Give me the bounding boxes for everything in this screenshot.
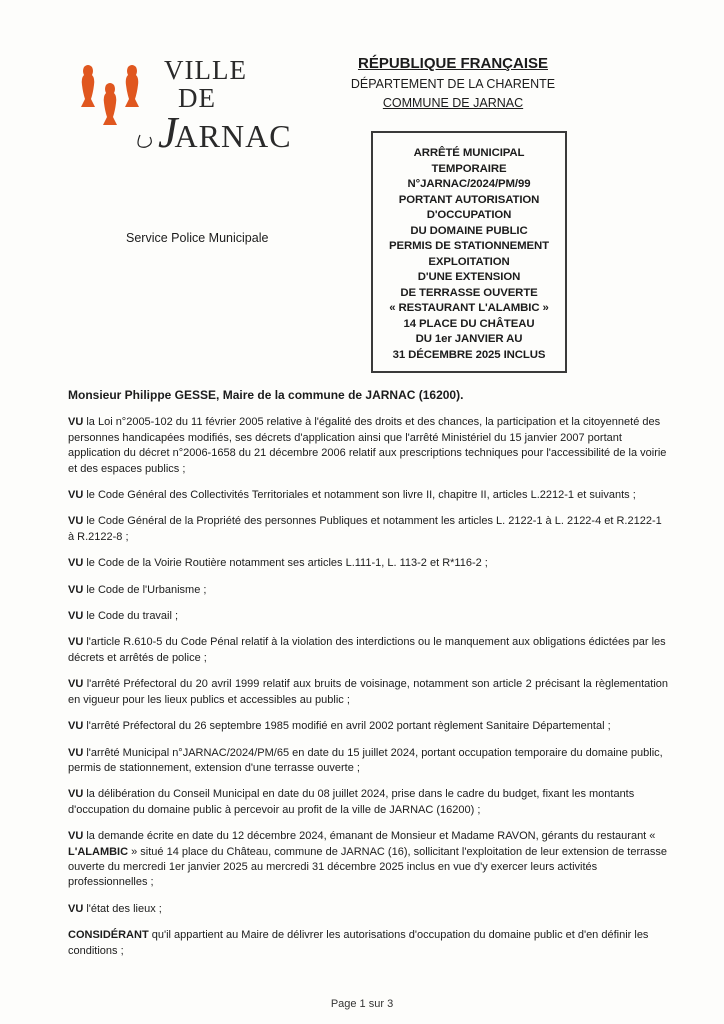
consideration-paragraph: VU le Code de la Voirie Routière notamme… [68,556,668,571]
decree-title-line: ARRÊTÉ MUNICIPAL [373,146,565,162]
decree-title-box: ARRÊTÉ MUNICIPALTEMPORAIREN°JARNAC/2024/… [371,131,567,373]
consideration-paragraph: VU l'état des lieux ; [68,902,668,917]
decree-title-line: D'OCCUPATION [373,208,565,224]
consideration-paragraph: VU le Code du travail ; [68,609,668,624]
decree-title-line: D'UNE EXTENSION [373,270,565,286]
decree-title-line: EXPLOITATION [373,255,565,271]
commune-heading: COMMUNE DE JARNAC [340,96,566,110]
logo-ville: VILLE [164,55,247,86]
consideration-paragraph: VU la demande écrite en date du 12 décem… [68,829,668,891]
consideration-paragraph: VU l'article R.610-5 du Code Pénal relat… [68,635,668,666]
consideration-paragraph: VU la Loi n°2005-102 du 11 février 2005 … [68,415,668,477]
decree-title: ARRÊTÉ MUNICIPALTEMPORAIREN°JARNAC/2024/… [373,133,565,363]
decree-title-line: N°JARNAC/2024/PM/99 [373,177,565,193]
service-label: Service Police Municipale [126,231,268,245]
consideration-paragraph: VU l'arrêté Préfectoral du 20 avril 1999… [68,677,668,708]
decree-title-line: 31 DÉCEMBRE 2025 INCLUS [373,348,565,364]
decree-title-line: DU DOMAINE PUBLIC [373,224,565,240]
decree-title-line: DE TERRASSE OUVERTE [373,286,565,302]
mayor-line: Monsieur Philippe GESSE, Maire de la com… [68,388,668,403]
decree-title-line: PORTANT AUTORISATION [373,193,565,209]
ville-de-jarnac-logo: VILLE DE JARNAC [74,55,274,145]
consideration-paragraph: VU la délibération du Conseil Municipal … [68,787,668,818]
logo-jarnac: JARNAC [158,107,292,158]
considerations-list: VU la Loi n°2005-102 du 11 février 2005 … [68,415,668,959]
decree-title-line: 14 PLACE DU CHÂTEAU [373,317,565,333]
consideration-paragraph: VU l'arrêté Préfectoral du 26 septembre … [68,719,668,734]
consideration-paragraph: VU le Code Général des Collectivités Ter… [68,488,668,503]
consideration-paragraph: VU le Code de l'Urbanisme ; [68,583,668,598]
document-body: Monsieur Philippe GESSE, Maire de la com… [68,388,668,970]
decree-title-line: TEMPORAIRE [373,162,565,178]
consideration-paragraph: VU le Code Général de la Propriété des p… [68,514,668,545]
decree-title-line: PERMIS DE STATIONNEMENT [373,239,565,255]
page-number: Page 1 sur 3 [0,998,724,1010]
department-heading: DÉPARTEMENT DE LA CHARENTE [340,77,566,91]
consideration-paragraph: VU l'arrêté Municipal n°JARNAC/2024/PM/6… [68,746,668,777]
consideration-paragraph: CONSIDÉRANT qu'il appartient au Maire de… [68,928,668,959]
decree-title-line: « RESTAURANT L'ALAMBIC » [373,301,565,317]
fish-emblem-icon [74,63,152,149]
header-block: RÉPUBLIQUE FRANÇAISE DÉPARTEMENT DE LA C… [340,55,566,110]
decree-title-line: DU 1er JANVIER AU [373,332,565,348]
republic-heading: RÉPUBLIQUE FRANÇAISE [340,55,566,72]
